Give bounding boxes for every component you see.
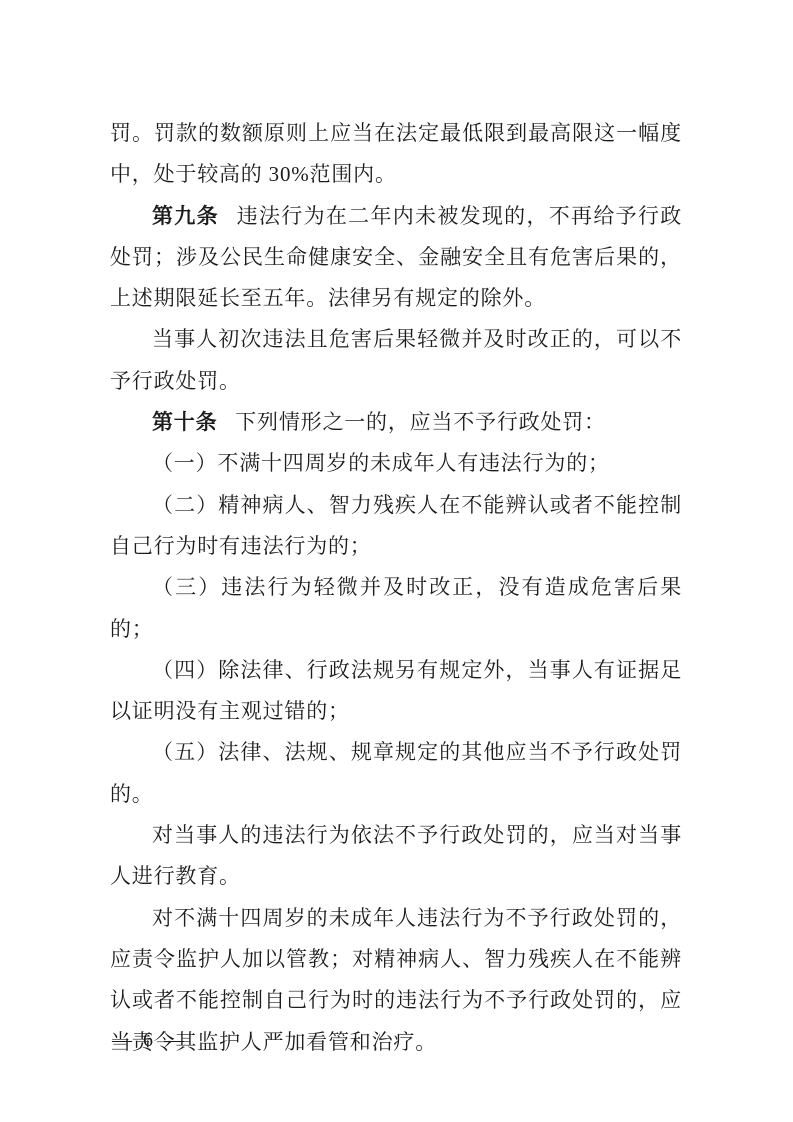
document-page: 罚。罚款的数额原则上应当在法定最低限到最高限这一幅度中，处于较高的 30%范围内… bbox=[0, 0, 793, 1122]
paragraph-article-10: 第十条下列情形之一的，应当不予行政处罚： bbox=[110, 402, 682, 443]
list-item-5: （五）法律、法规、规章规定的其他应当不予行政处罚的。 bbox=[110, 732, 682, 815]
list-item-3: （三）违法行为轻微并及时改正，没有造成危害后果的； bbox=[110, 567, 682, 650]
paragraph-text: 罚。罚款的数额原则上应当在法定最低限到最高限这一幅度中，处于较高的 30%范围内… bbox=[110, 121, 682, 186]
document-body: 罚。罚款的数额原则上应当在法定最低限到最高限这一幅度中，处于较高的 30%范围内… bbox=[110, 113, 682, 1063]
paragraph-first-offense: 当事人初次违法且危害后果轻微并及时改正的，可以不予行政处罚。 bbox=[110, 319, 682, 402]
paragraph-text: 当事人初次违法且危害后果轻微并及时改正的，可以不予行政处罚。 bbox=[110, 327, 682, 392]
paragraph-article-9: 第九条违法行为在二年内未被发现的，不再给予行政处罚；涉及公民生命健康安全、金融安… bbox=[110, 196, 682, 320]
list-item-4: （四）除法律、行政法规另有规定外，当事人有证据足以证明没有主观过错的； bbox=[110, 650, 682, 733]
paragraph-continuation: 罚。罚款的数额原则上应当在法定最低限到最高限这一幅度中，处于较高的 30%范围内… bbox=[110, 113, 682, 196]
paragraph-text: 对不满十四周岁的未成年人违法行为不予行政处罚的，应责令监护人加以管教；对精神病人… bbox=[110, 906, 682, 1054]
paragraph-education: 对当事人的违法行为依法不予行政处罚的，应当对当事人进行教育。 bbox=[110, 815, 682, 898]
paragraph-text: （一）不满十四周岁的未成年人有违法行为的； bbox=[152, 451, 610, 475]
list-item-1: （一）不满十四周岁的未成年人有违法行为的； bbox=[110, 443, 682, 484]
paragraph-text: （五）法律、法规、规章规定的其他应当不予行政处罚的。 bbox=[110, 740, 682, 805]
paragraph-text: （四）除法律、行政法规另有规定外，当事人有证据足以证明没有主观过错的； bbox=[110, 658, 682, 723]
page-number: — 6 — bbox=[112, 1028, 187, 1052]
paragraph-text: 下列情形之一的，应当不予行政处罚： bbox=[235, 410, 606, 434]
article-9-heading: 第九条 bbox=[152, 204, 219, 228]
paragraph-text: 对当事人的违法行为依法不予行政处罚的，应当对当事人进行教育。 bbox=[110, 823, 682, 888]
paragraph-guardian: 对不满十四周岁的未成年人违法行为不予行政处罚的，应责令监护人加以管教；对精神病人… bbox=[110, 898, 682, 1063]
paragraph-text: （三）违法行为轻微并及时改正，没有造成危害后果的； bbox=[110, 575, 682, 640]
article-10-heading: 第十条 bbox=[152, 410, 217, 434]
paragraph-text: （二）精神病人、智力残疾人在不能辨认或者不能控制自己行为时有违法行为的； bbox=[110, 493, 682, 558]
list-item-2: （二）精神病人、智力残疾人在不能辨认或者不能控制自己行为时有违法行为的； bbox=[110, 485, 682, 568]
